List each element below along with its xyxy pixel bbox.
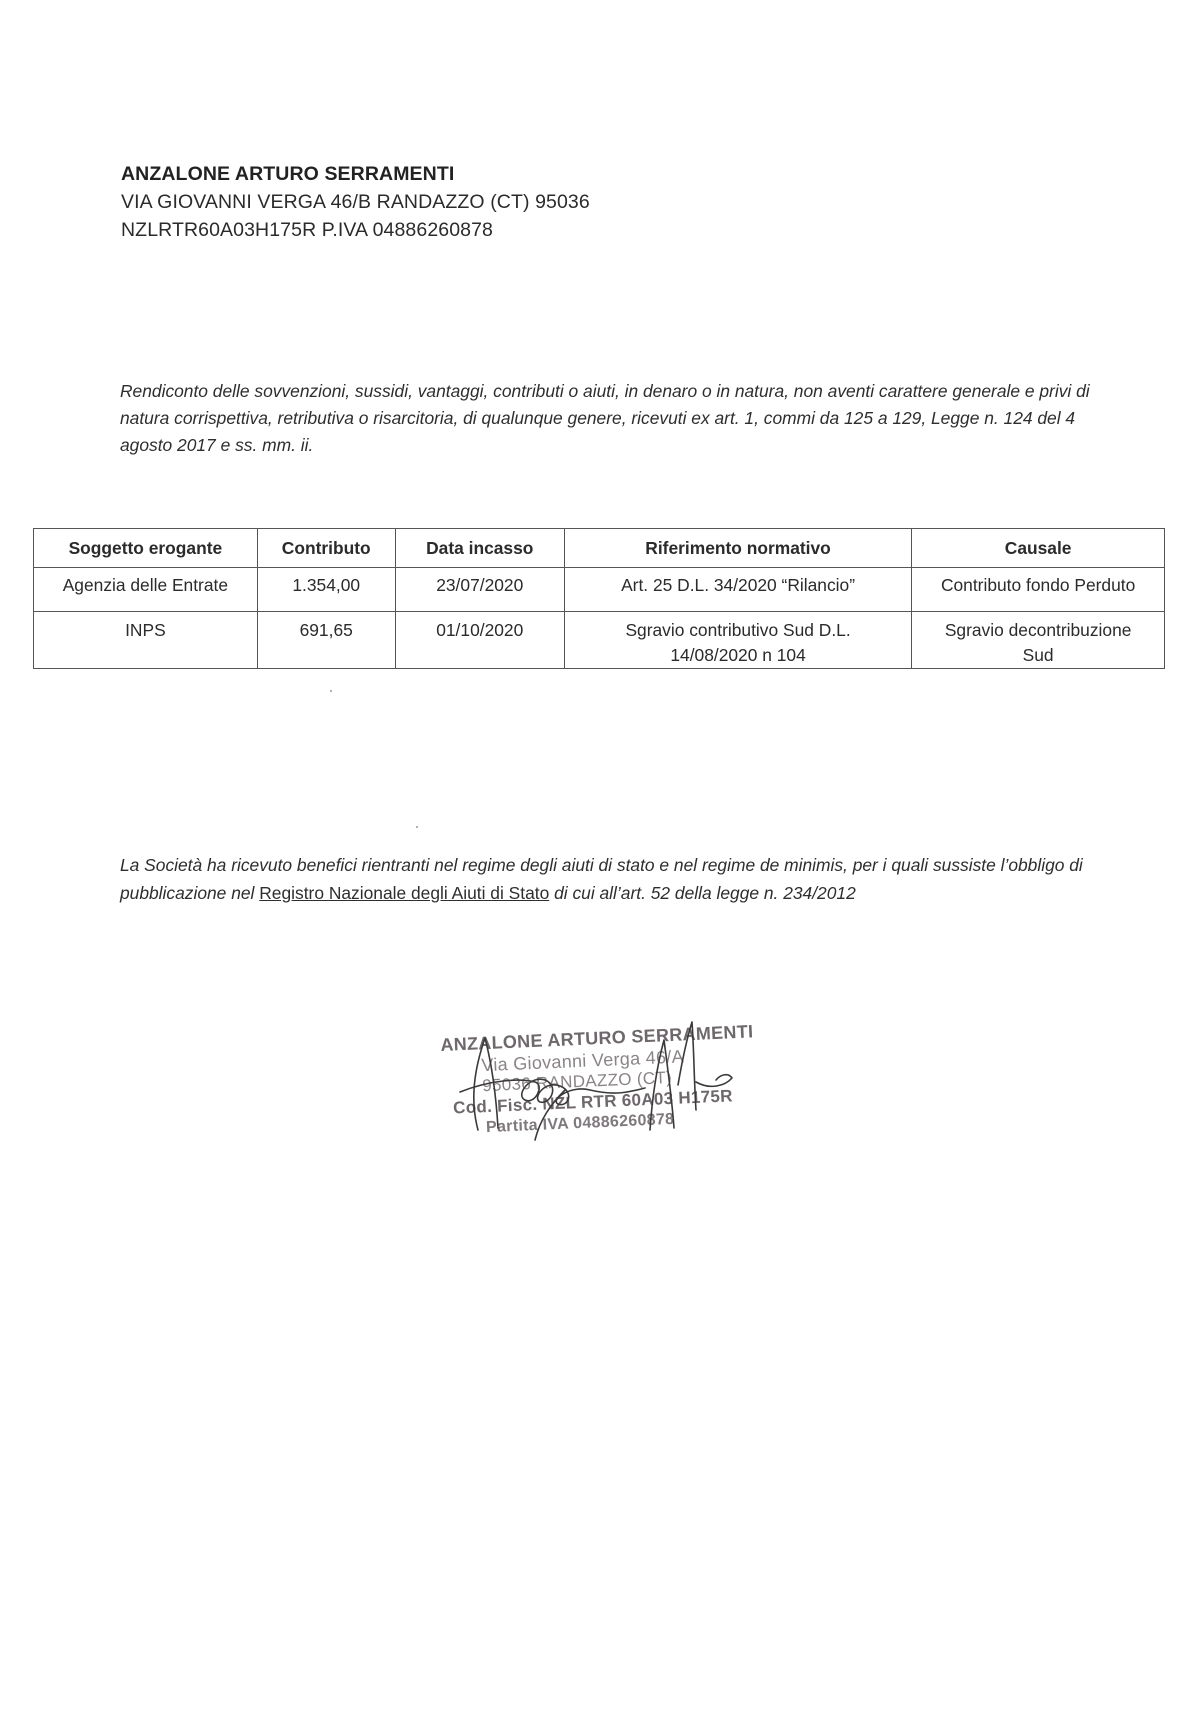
company-header: ANZALONE ARTURO SERRAMENTI VIA GIOVANNI … [121,160,590,244]
header-data: Data incasso [395,529,564,568]
header-causale: Causale [912,529,1165,568]
causale-line-2: Sud [916,643,1160,668]
table-row: Agenzia delle Entrate 1.354,00 23/07/202… [34,568,1165,612]
company-tax-ids: NZLRTR60A03H175R P.IVA 04886260878 [121,216,590,244]
riferimento-line-2: 14/08/2020 n 104 [569,643,907,668]
cell-data: 23/07/2020 [395,568,564,612]
header-riferimento: Riferimento normativo [564,529,911,568]
causale-line-1: Sgravio decontribuzione [916,618,1160,643]
registry-link: Registro Nazionale degli Aiuti di Stato [259,883,549,903]
aid-table: Soggetto erogante Contributo Data incass… [33,528,1165,669]
closing-paragraph: La Società ha ricevuto benefici rientran… [120,851,1110,907]
cell-riferimento: Art. 25 D.L. 34/2020 “Rilancio” [564,568,911,612]
intro-paragraph: Rendiconto delle sovvenzioni, sussidi, v… [120,378,1100,459]
company-stamp: ANZALONE ARTURO SERRAMENTI Via Giovanni … [440,1019,806,1175]
scan-speck [330,690,332,692]
table-header-row: Soggetto erogante Contributo Data incass… [34,529,1165,568]
cell-causale: Contributo fondo Perduto [912,568,1165,612]
cell-soggetto: INPS [34,612,258,669]
cell-contributo: 691,65 [257,612,395,669]
document-page: ANZALONE ARTURO SERRAMENTI VIA GIOVANNI … [0,0,1204,1717]
riferimento-line-1: Sgravio contributivo Sud D.L. [569,618,907,643]
cell-riferimento: Sgravio contributivo Sud D.L. 14/08/2020… [564,612,911,669]
header-soggetto: Soggetto erogante [34,529,258,568]
company-address: VIA GIOVANNI VERGA 46/B RANDAZZO (CT) 95… [121,188,590,216]
cell-contributo: 1.354,00 [257,568,395,612]
company-name: ANZALONE ARTURO SERRAMENTI [121,160,590,188]
cell-soggetto: Agenzia delle Entrate [34,568,258,612]
closing-text-after: di cui all’art. 52 della legge n. 234/20… [549,883,856,903]
table-row: INPS 691,65 01/10/2020 Sgravio contribut… [34,612,1165,669]
header-contributo: Contributo [257,529,395,568]
scan-speck [416,826,418,828]
cell-data: 01/10/2020 [395,612,564,669]
cell-causale: Sgravio decontribuzione Sud [912,612,1165,669]
